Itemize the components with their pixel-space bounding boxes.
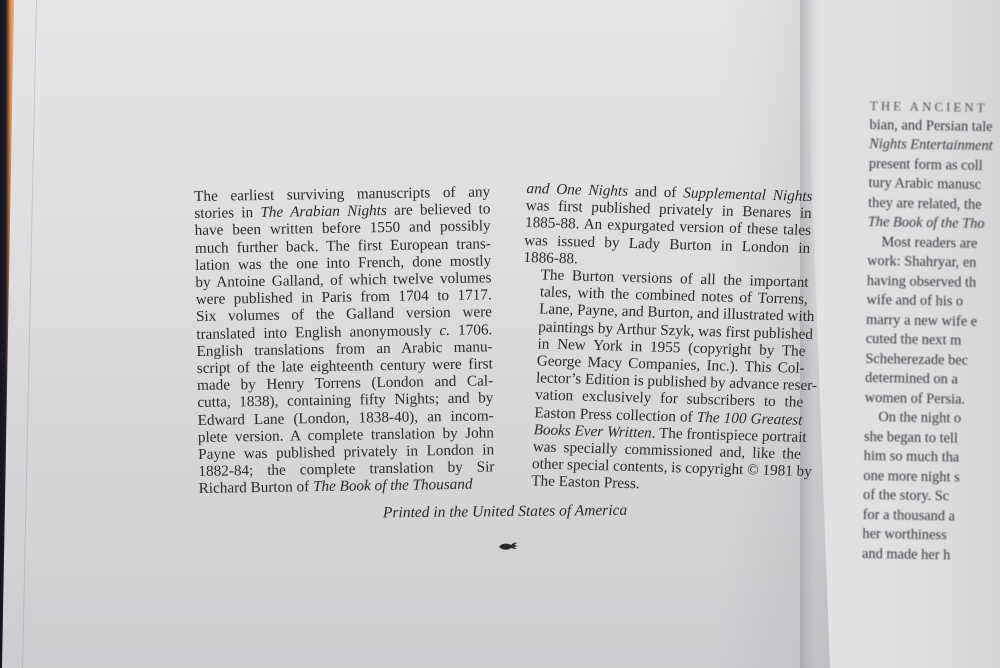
publication-paragraph-2: The Burton versions of all the important… bbox=[513, 266, 809, 497]
copyright-column-right: and One Nights and of Supplemental Night… bbox=[513, 180, 813, 497]
facing-page-text: THE ANCIENT bian, and Persian taleNights… bbox=[862, 96, 1000, 567]
bird-leaf-ornament-icon bbox=[498, 540, 520, 552]
publication-paragraph-1: and One Nights and of Supplemental Night… bbox=[523, 180, 813, 274]
history-paragraph: The earliest surviving manuscripts of an… bbox=[194, 183, 495, 497]
text-line: and made her h bbox=[862, 544, 1000, 567]
printed-in-imprint: Printed in the United States of America bbox=[383, 502, 648, 523]
copyright-column-left: The earliest surviving manuscripts of an… bbox=[194, 183, 495, 497]
facing-page-lines: bian, and Persian taleNights Entertainme… bbox=[862, 115, 1000, 567]
